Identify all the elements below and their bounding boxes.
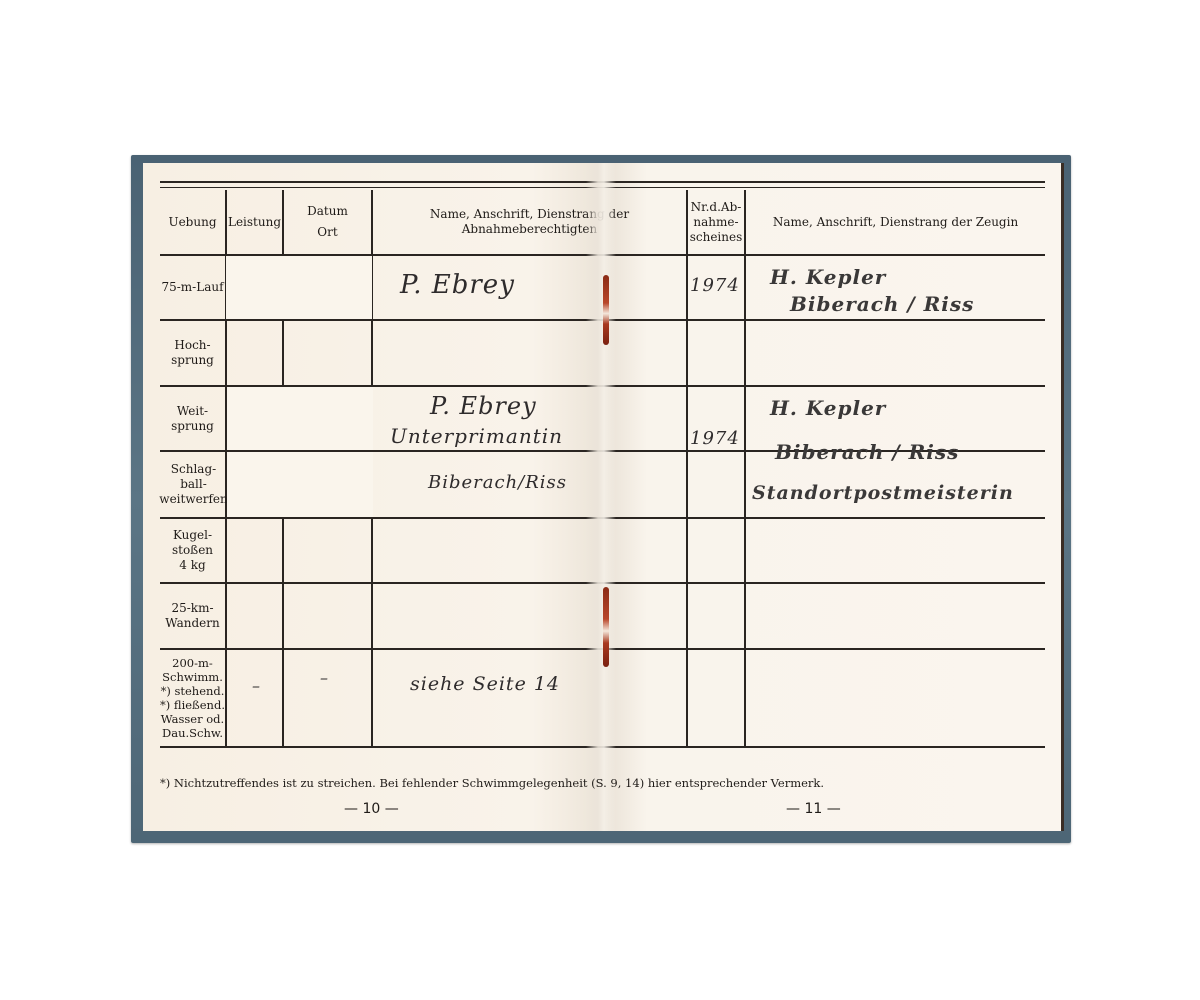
binding-thread-bottom: [603, 587, 609, 667]
header-zeugin: Name, Anschrift, Dienstrang der Zeugin: [746, 190, 1045, 254]
zeugin-75m-line1: H. Kepler: [770, 265, 886, 289]
nr-weitsprung: 1974: [690, 428, 740, 449]
zeugin-rank-schlagball: Standortpostmeisterin: [752, 482, 1014, 504]
zeugin-weitsprung-line1: H. Kepler: [770, 396, 886, 420]
abnahme-address-schlagball: Biberach/Riss: [428, 472, 567, 493]
col-line: [744, 190, 746, 746]
binding-thread-top: [603, 275, 609, 345]
exercise-hochsprung: Hoch-sprung: [160, 321, 225, 385]
datum-schwimmen-dash: –: [320, 668, 329, 687]
header-datum-ort: Datum Ort: [284, 190, 371, 254]
zeugin-weitsprung-line2: Biberach / Riss: [775, 440, 959, 464]
header-nr-abnahmescheines: Nr.d.Ab- nahme- scheines: [688, 190, 744, 254]
paper-patch: [227, 387, 373, 450]
page-number-right: — 11 —: [786, 801, 841, 817]
exercise-kugelstossen: Kugel-stoßen4 kg: [160, 519, 225, 582]
paper-patch: [226, 256, 372, 319]
leistung-schwimmen-dash: –: [252, 676, 261, 695]
exercise-25km-wandern: 25-km-Wandern: [160, 584, 225, 648]
nr-75m: 1974: [690, 275, 740, 296]
abnahme-rank-weitsprung: Unterprimantin: [390, 424, 563, 448]
abnahme-signature-75m: P. Ebrey: [400, 270, 515, 300]
abnahme-signature-weitsprung: P. Ebrey: [430, 392, 537, 420]
book-gutter: [586, 163, 616, 831]
exercise-schlagball: Schlag-ball-weitwerfen: [160, 452, 227, 517]
page-number-left: — 10 —: [344, 801, 399, 817]
exercise-weitsprung: Weit-sprung: [160, 387, 225, 450]
abnahme-schwimmen-note: siehe Seite 14: [410, 673, 560, 695]
paper-patch: [227, 452, 373, 517]
footnote: *) Nichtzutreffendes ist zu streichen. B…: [160, 776, 824, 790]
header-abnahmeberechtigte: Name, Anschrift, Dienstrang der Abnahmeb…: [373, 190, 686, 254]
exercise-75m-lauf: 75-m-Lauf: [160, 256, 225, 319]
exercise-200m-schwimmen: 200-m-Schwimm.*) stehend.*) fließend.Was…: [160, 650, 225, 746]
header-leistung: Leistung: [227, 190, 282, 254]
zeugin-75m-line2: Biberach / Riss: [790, 292, 974, 316]
header-uebung: Uebung: [160, 190, 225, 254]
col-line: [686, 190, 688, 746]
